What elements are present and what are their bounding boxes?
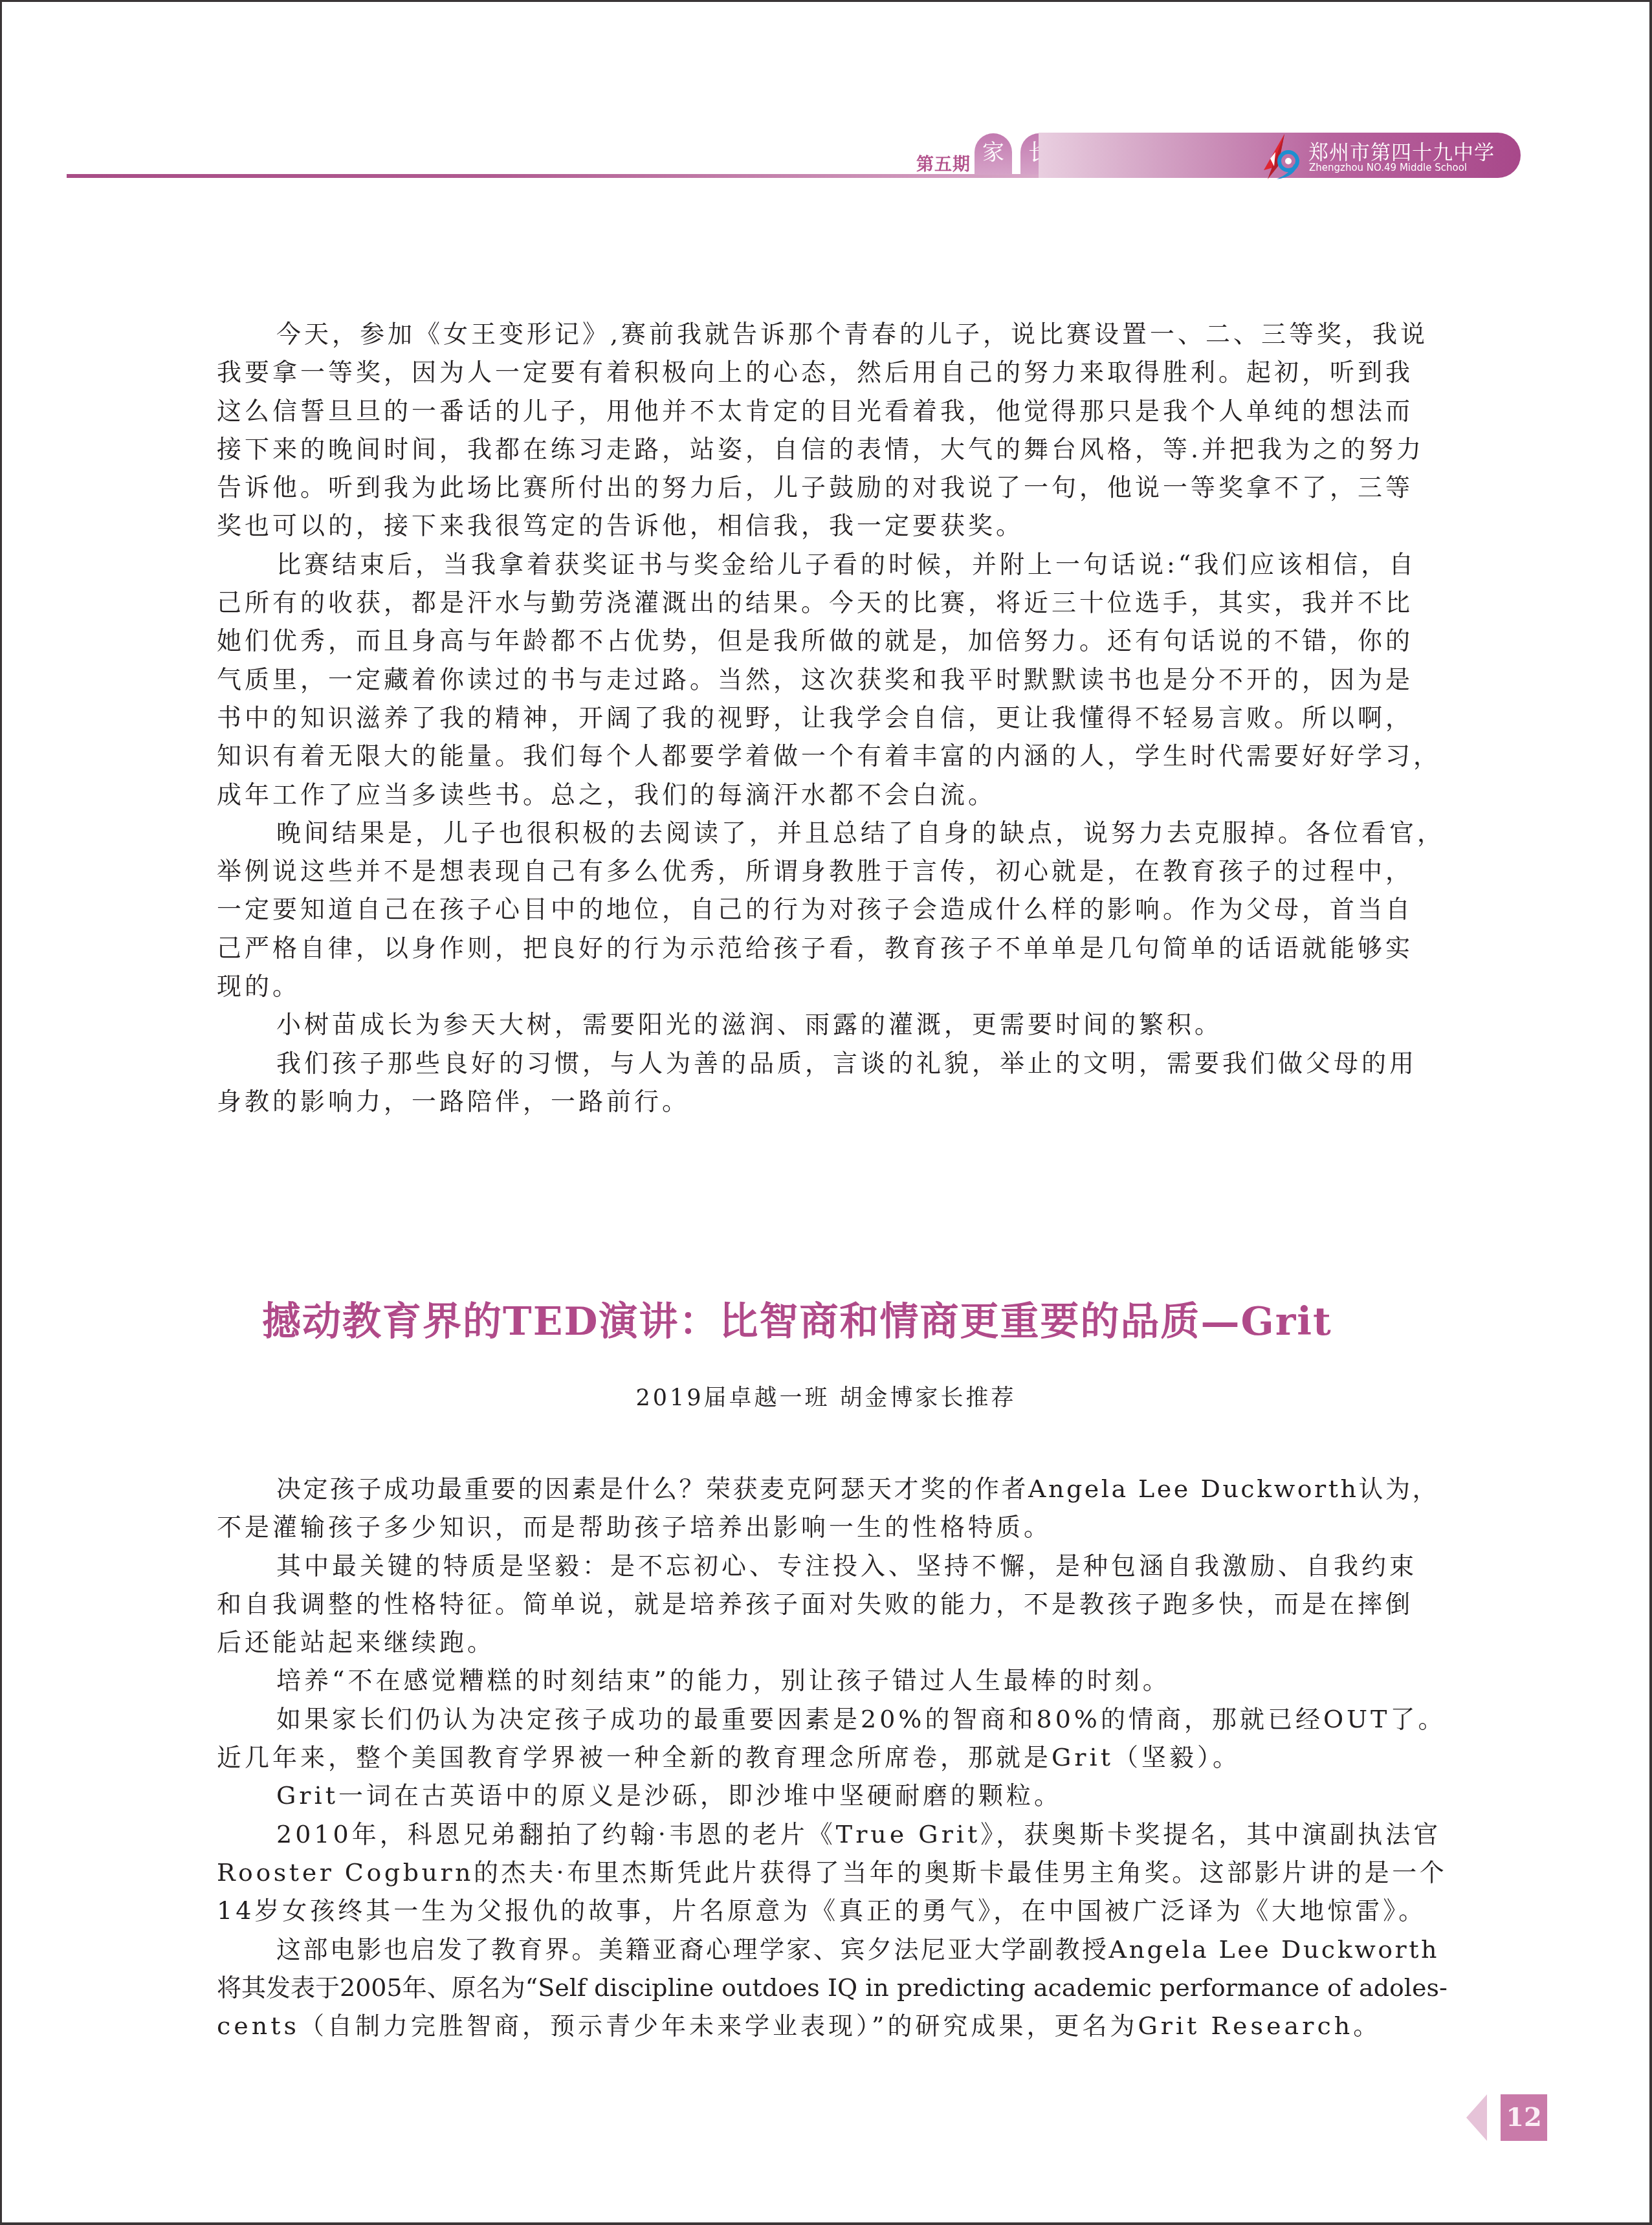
essay-body: 今天，参加《女王变形记》,赛前我就告诉那个青春的儿子，说比赛设置一、二、三等奖，… — [217, 315, 1453, 1121]
text-line: 如果家长们仍认为决定孩子成功的最重要因素是20%的智商和80%的情商，那就已经O… — [217, 1700, 1453, 1738]
text-line: 培养“不在感觉糟糕的时刻结束”的能力，别让孩子错过人生最棒的时刻。 — [217, 1661, 1453, 1700]
page-arrow-icon — [1466, 2094, 1487, 2141]
text-line: 其中最关键的特质是坚毅：是不忘初心、专注投入、坚持不懈，是种包涵自我激励、自我约… — [217, 1547, 1453, 1585]
article-byline: 2019届卓越一班 胡金博家长推荐 — [0, 1380, 1652, 1412]
text-line: 今天，参加《女王变形记》,赛前我就告诉那个青春的儿子，说比赛设置一、二、三等奖，… — [217, 315, 1453, 353]
text-line: 我要拿一等奖，因为人一定要有着积极向上的心态，然后用自己的努力来取得胜利。起初，… — [217, 353, 1453, 391]
text-line: 成年工作了应当多读些书。总之，我们的每滴汗水都不会白流。 — [217, 776, 1453, 814]
text-line: 己严格自律，以身作则，把良好的行为示范给孩子看，教育孩子不单单是几句简单的话语就… — [217, 929, 1453, 967]
text-line: 比赛结束后，当我拿着获奖证书与奖金给儿子看的时候，并附上一句话说:“我们应该相信… — [217, 545, 1453, 584]
text-line: 气质里，一定藏着你读过的书与走过路。当然，这次获奖和我平时默默读书也是分不开的，… — [217, 661, 1453, 699]
text-line: 告诉他。听到我为此场比赛所付出的努力后，儿子鼓励的对我说了一句，他说一等奖拿不了… — [217, 468, 1453, 507]
text-line: 她们优秀，而且身高与年龄都不占优势，但是我所做的就是，加倍努力。还有句话说的不错… — [217, 622, 1453, 660]
text-line: 现的。 — [217, 967, 1453, 1005]
school-name-cn: 郑州市第四十九中学 — [1308, 136, 1495, 165]
text-line: Rooster Cogburn的杰夫·布里杰斯凭此片获得了当年的奥斯卡最佳男主角… — [217, 1854, 1453, 1892]
text-line: 举例说这些并不是想表现自己有多么优秀，所谓身教胜于言传，初心就是，在教育孩子的过… — [217, 852, 1453, 890]
column-char-1: 家 — [975, 133, 1012, 175]
text-line: 奖也可以的，接下来我很笃定的告诉他，相信我，我一定要获奖。 — [217, 507, 1453, 545]
page-number: 12 — [1501, 2094, 1547, 2141]
text-line: 书中的知识滋养了我的精神，开阔了我的视野，让我学会自信，更让我懂得不轻易言败。所… — [217, 699, 1453, 737]
text-line: 近几年来，整个美国教育学界被一种全新的教育理念所席卷，那就是Grit（坚毅）。 — [217, 1738, 1453, 1777]
text-line: 决定孩子成功最重要的因素是什么？荣获麦克阿瑟天才奖的作者Angela Lee D… — [217, 1470, 1453, 1508]
text-line: 身教的影响力，一路陪伴，一路前行。 — [217, 1082, 1453, 1121]
text-line: 晚间结果是，儿子也很积极的去阅读了，并且总结了自身的缺点，说努力去克服掉。各位看… — [217, 814, 1453, 852]
text-line: 2010年，科恩兄弟翻拍了约翰·韦恩的老片《True Grit》，获奥斯卡奖提名… — [217, 1815, 1453, 1854]
text-line: 不是灌输孩子多少知识，而是帮助孩子培养出影响一生的性格特质。 — [217, 1508, 1453, 1546]
article-title: 撼动教育界的TED演讲：比智商和情商更重要的品质—Grit — [262, 1291, 1388, 1346]
text-line: 将其发表于2005年、原名为“Self discipline outdoes I… — [217, 1969, 1453, 2007]
text-line: 我们孩子那些良好的习惯，与人为善的品质，言谈的礼貌，举止的文明，需要我们做父母的… — [217, 1044, 1453, 1082]
text-line: 后还能站起来继续跑。 — [217, 1623, 1453, 1661]
text-line: 知识有着无限大的能量。我们每个人都要学着做一个有着丰富的内涵的人，学生时代需要好… — [217, 737, 1453, 775]
text-line: 己所有的收获，都是汗水与勤劳浇灌溉出的结果。今天的比赛，将近三十位选手，其实，我… — [217, 584, 1453, 622]
text-line: 和自我调整的性格特征。简单说，就是培养孩子面对失败的能力，不是教孩子跑多快，而是… — [217, 1585, 1453, 1623]
text-line: 一定要知道自己在孩子心目中的地位，自己的行为对孩子会造成什么样的影响。作为父母，… — [217, 890, 1453, 928]
text-line: 小树苗成长为参天大树，需要阳光的滋润、雨露的灌溉，更需要时间的繁积。 — [217, 1005, 1453, 1044]
text-line: 这么信誓旦旦的一番话的儿子，用他并不太肯定的目光看着我，他觉得那只是我个人单纯的… — [217, 392, 1453, 430]
article-body: 决定孩子成功最重要的因素是什么？荣获麦克阿瑟天才奖的作者Angela Lee D… — [217, 1470, 1453, 2045]
text-line: 14岁女孩终其一生为父报仇的故事，片名原意为《真正的勇气》，在中国被广泛译为《大… — [217, 1892, 1453, 1930]
text-line: 这部电影也启发了教育界。美籍亚裔心理学家、宾夕法尼亚大学副教授Angela Le… — [217, 1931, 1453, 1969]
text-line: Grit一词在古英语中的原义是沙砾，即沙堆中坚硬耐磨的颗粒。 — [217, 1777, 1453, 1815]
text-line: cents（自制力完胜智商，预示青少年未来学业表现）”的研究成果，更名为Grit… — [217, 2007, 1453, 2045]
text-line: 接下来的晚间时间，我都在练习走路，站姿，自信的表情，大气的舞台风格，等.并把我为… — [217, 430, 1453, 468]
school-logo-icon — [1259, 133, 1304, 181]
issue-label: 第五期 — [916, 150, 971, 175]
school-name-en: Zhengzhou NO.49 Middle School — [1309, 162, 1467, 173]
